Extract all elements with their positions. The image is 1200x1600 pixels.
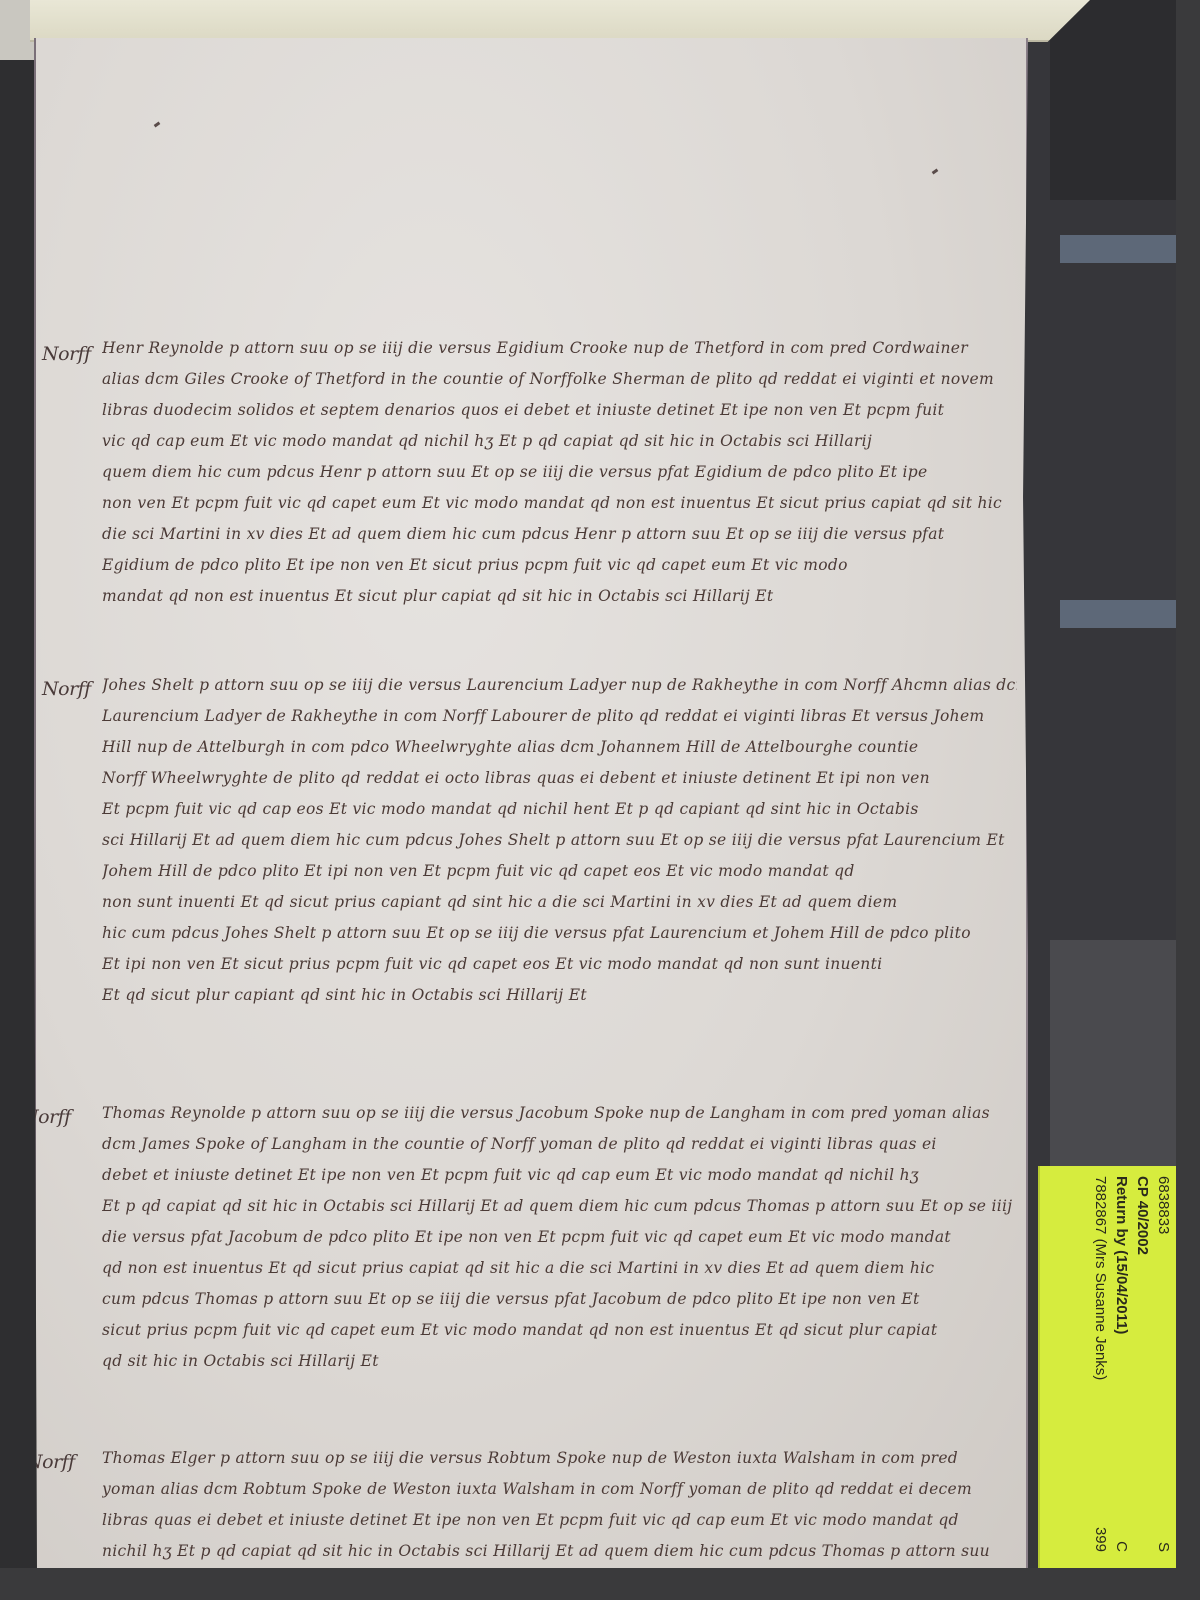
top-sheet [30,0,1090,42]
text-line: nichil hʒ Et p qd capiat qd sit hic in O… [102,1536,1017,1567]
text-line: Hill nup de Attelburgh in com pdco Wheel… [102,732,1017,763]
text-line: Et ipi non ven Et sicut prius pcpm fuit … [102,949,1017,980]
text-line: non ven Et pcpm fuit vic qd capet eum Et… [102,488,1017,519]
label-content: 6838833 S CP 40/2002 Return by (15/04/20… [1040,1166,1176,1568]
text-line: Et pcpm fuit vic qd cap eos Et vic modo … [102,794,1017,825]
archive-retrieval-label: 6838833 S CP 40/2002 Return by (15/04/20… [1038,1166,1176,1568]
parchment-membrane: Norff Henr Reynolde p attorn suu op se i… [34,38,1028,1568]
text-line: alias dcm Giles Crooke of Thetford in th… [102,364,1017,395]
background-panel [1050,0,1176,200]
text-line: quem diem hic cum pdcus Henr p attorn su… [102,457,1017,488]
zone-code: C [1111,1541,1132,1558]
text-line: sicut prius pcpm fuit vic qd capet eum E… [102,1315,1017,1346]
ink-speck [932,169,939,175]
text-line: Egidium de pdco plito Et ipe non ven Et … [102,550,1017,581]
background-bar [1060,600,1176,628]
reader-ticket: 7882867 (Mrs Susanne Jenks) [1090,1176,1111,1380]
text-line: Johes Shelt p attorn suu op se iiij die … [102,670,1017,701]
text-line: debet et iniuste detinet Et ipe non ven … [102,1160,1017,1191]
text-line: die versus pfat Jacobum de pdco plito Et… [102,1222,1017,1253]
text-line: Et p qd capiat qd sit hic in Octabis sci… [102,1191,1017,1222]
label-row: 7882867 (Mrs Susanne Jenks) 399 [1090,1176,1111,1558]
text-line: Et op se iiij die versus pfat Robtum de … [102,1567,1017,1568]
county-margin-label: Norff [42,343,91,365]
text-line: cum pdcus Thomas p attorn suu Et op se i… [102,1284,1017,1315]
document-reference: CP 40/2002 [1132,1176,1153,1255]
text-line: Norff Wheelwryghte de plito qd reddat ei… [102,763,1017,794]
text-line: die sci Martini in xv dies Et ad quem di… [102,519,1017,550]
site-code: S [1153,1542,1174,1558]
text-line: mandat qd non est inuentus Et sicut plur… [102,581,1017,612]
entry-text: Henr Reynolde p attorn suu op se iiij di… [102,333,1017,612]
ink-speck [154,122,161,128]
county-margin-label: Norff [42,678,91,700]
label-row: CP 40/2002 [1132,1176,1153,1558]
text-line: hic cum pdcus Johes Shelt p attorn suu E… [102,918,1017,949]
return-by-date: Return by (15/04/2011) [1111,1176,1132,1334]
entry-text: Thomas Elger p attorn suu op se iiij die… [102,1443,1017,1568]
item-id: 6838833 [1153,1176,1174,1234]
background-panel [1050,940,1176,1170]
entry-text: Johes Shelt p attorn suu op se iiij die … [102,670,1017,1011]
text-line: qd sit hic in Octabis sci Hillarij Et [102,1346,1017,1377]
text-line: Thomas Elger p attorn suu op se iiij die… [102,1443,1017,1474]
entry-text: Thomas Reynolde p attorn suu op se iiij … [102,1098,1017,1377]
text-line: Thomas Reynolde p attorn suu op se iiij … [102,1098,1017,1129]
text-line: libras duodecim solidos et septem denari… [102,395,1017,426]
text-line: sci Hillarij Et ad quem diem hic cum pdc… [102,825,1017,856]
text-line: qd non est inuentus Et qd sicut prius ca… [102,1253,1017,1284]
text-line: Laurencium Ladyer de Rakheythe in com No… [102,701,1017,732]
text-line: dcm James Spoke of Langham in the counti… [102,1129,1017,1160]
background-bar [1060,235,1176,263]
text-line: Henr Reynolde p attorn suu op se iiij di… [102,333,1017,364]
text-line: non sunt inuenti Et qd sicut prius capia… [102,887,1017,918]
label-row: 6838833 S [1153,1176,1174,1558]
text-line: Johem Hill de pdco plito Et ipi non ven … [102,856,1017,887]
text-line: yoman alias dcm Robtum Spoke de Weston i… [102,1474,1017,1505]
text-line: libras quas ei debet et iniuste detinet … [102,1505,1017,1536]
label-row: Return by (15/04/2011) C [1111,1176,1132,1558]
text-line: Et qd sicut plur capiant qd sint hic in … [102,980,1017,1011]
shelf-number: 399 [1090,1527,1111,1558]
text-line: vic qd cap eum Et vic modo mandat qd nic… [102,426,1017,457]
